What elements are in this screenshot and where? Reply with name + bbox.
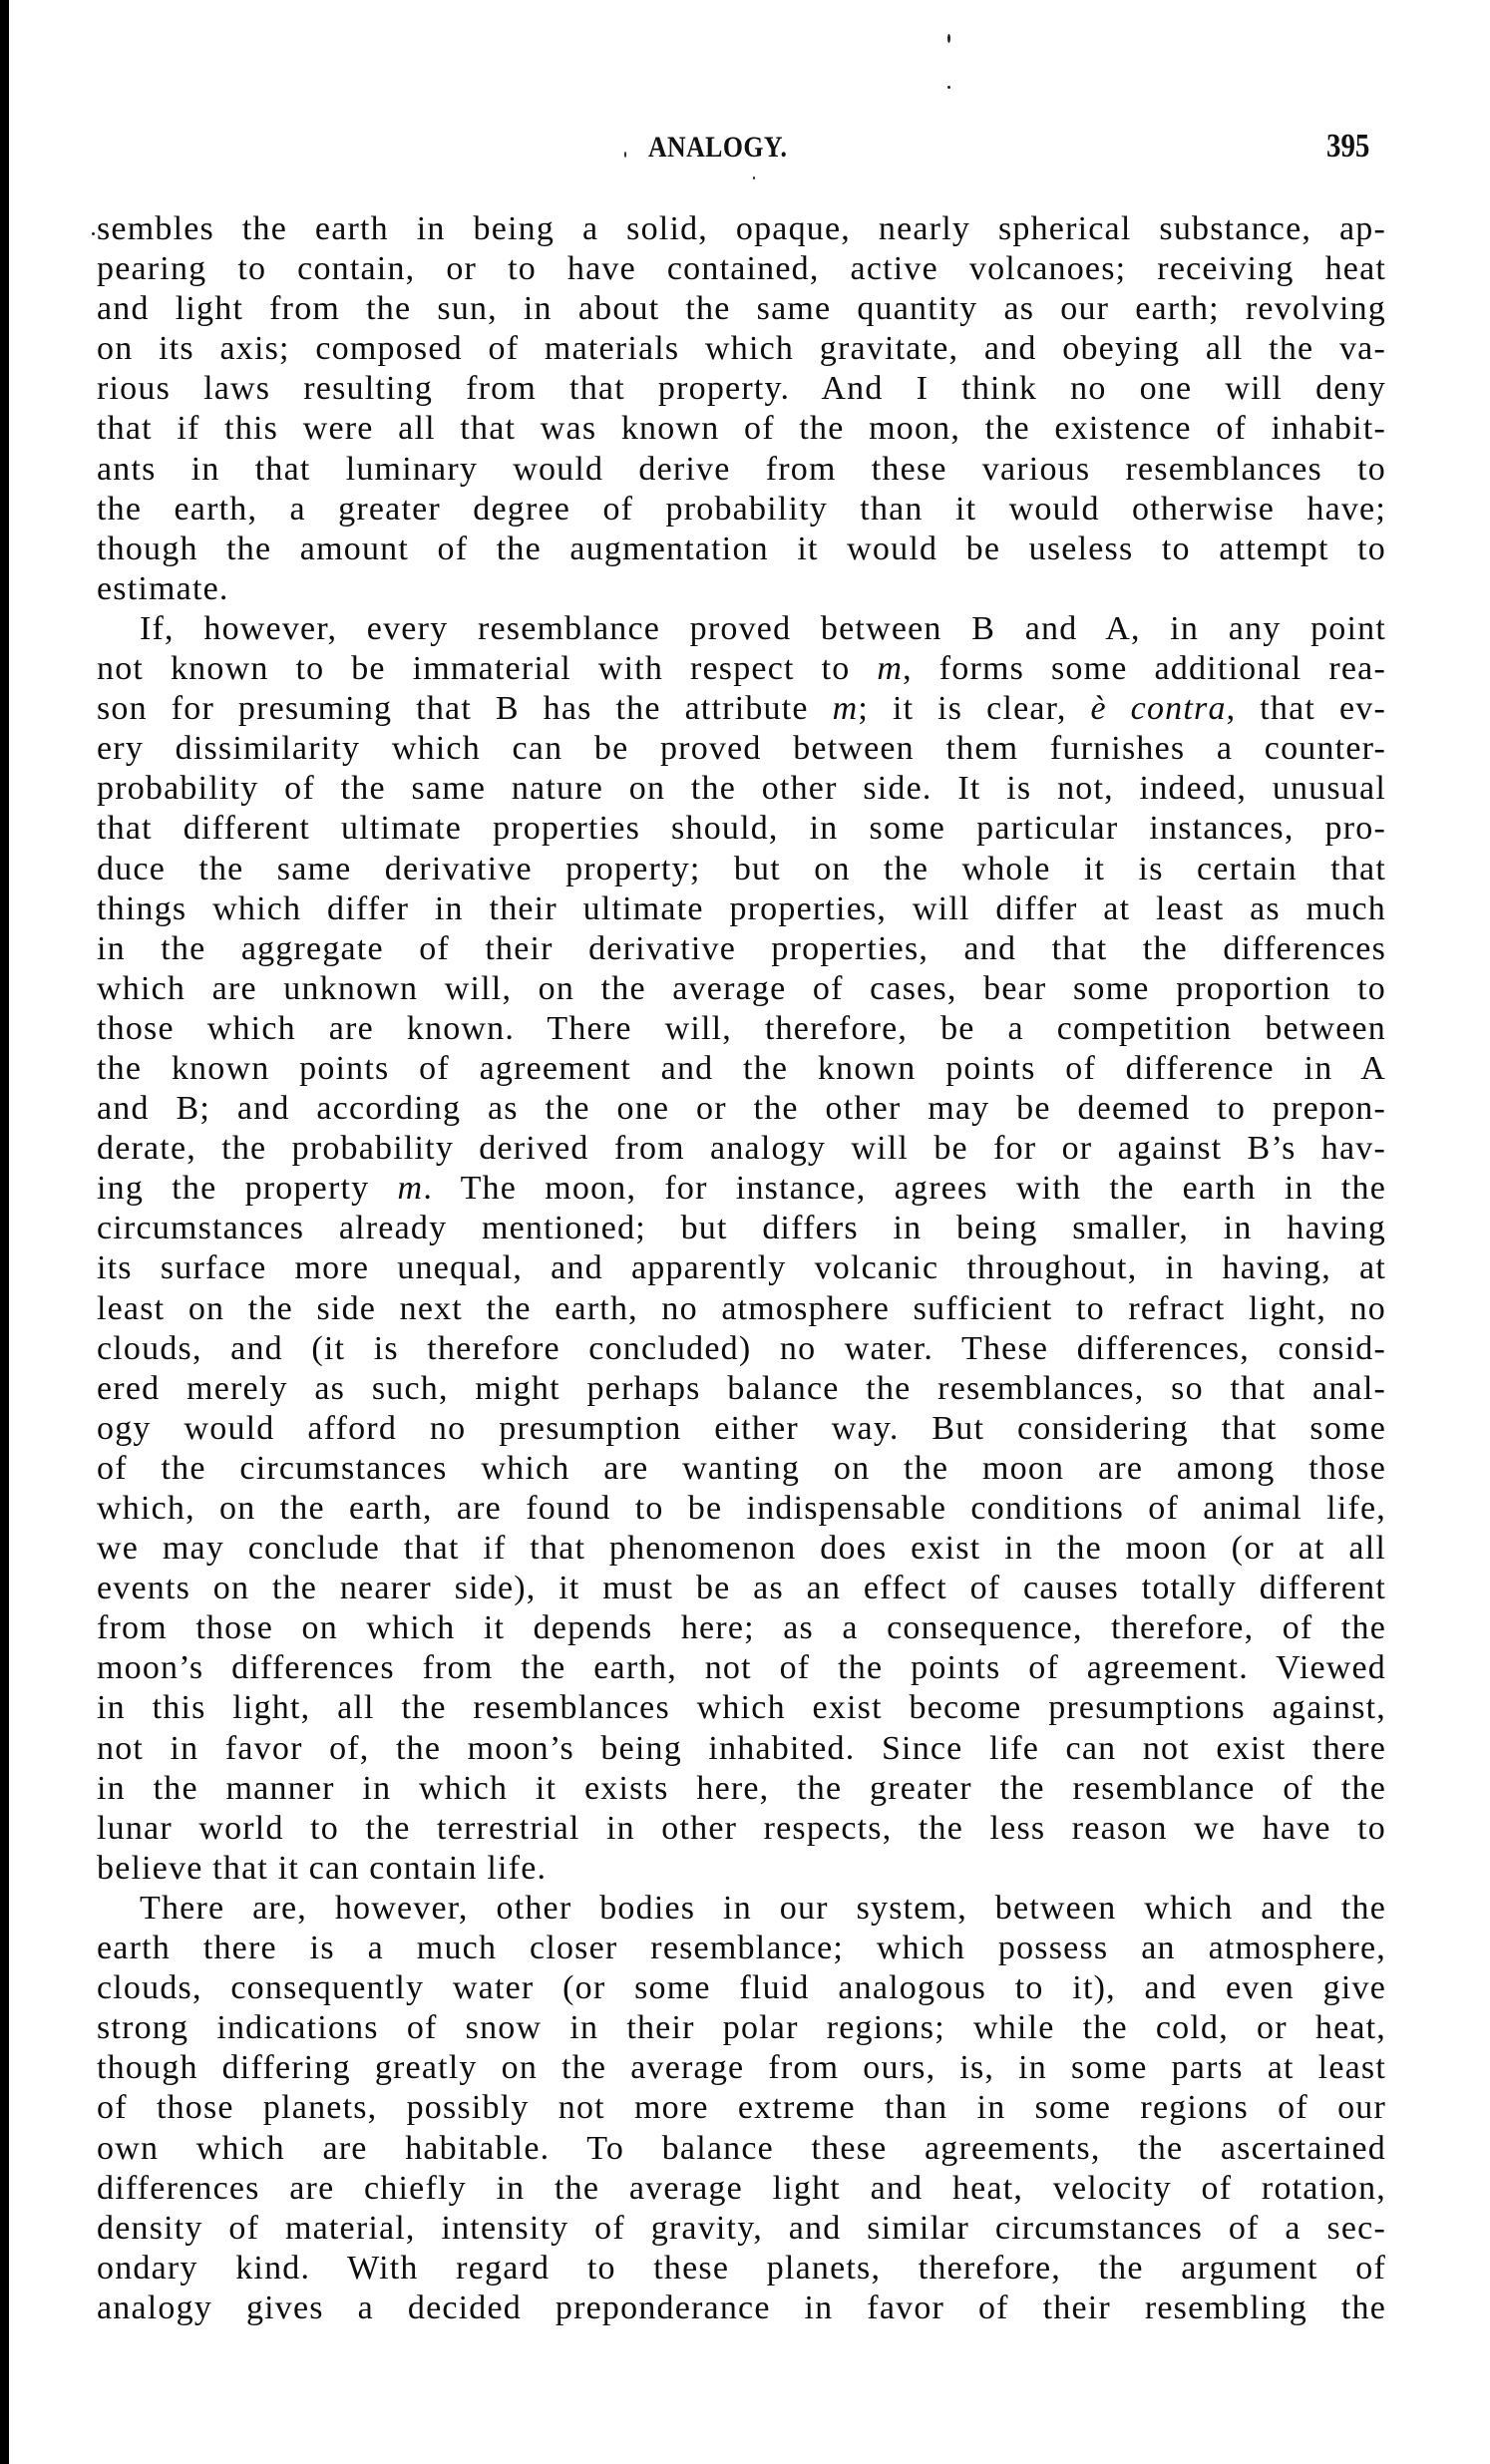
italic-text: m [398, 1170, 424, 1207]
text-run: , that ev- [1227, 690, 1386, 727]
body-text: sembles the earth in being a solid, opaq… [97, 209, 1386, 2328]
text-run: estimate. [97, 570, 229, 607]
paragraph: There are, however, other bodies in our … [97, 1889, 1386, 2328]
text-line: in the aggregate of their derivative pro… [97, 929, 1386, 969]
text-line: of the circumstances which are wanting o… [97, 1449, 1386, 1489]
text-run: rious laws resulting from that property.… [97, 370, 1386, 407]
text-run: on its axis; composed of materials which… [97, 330, 1386, 367]
scan-speck [947, 34, 950, 43]
text-run: density of material, intensity of gravit… [97, 2210, 1386, 2247]
text-run: ery dissimilarity which can be proved be… [97, 730, 1386, 767]
text-run: probability of the same nature on the ot… [97, 770, 1386, 807]
text-run: lunar world to the terrestrial in other … [97, 1810, 1386, 1847]
text-line: ogy would afford no presumption either w… [97, 1409, 1386, 1449]
text-run: that if this were all that was known of … [97, 410, 1386, 447]
text-line: which are unknown will, on the average o… [97, 969, 1386, 1009]
text-run: pearing to contain, or to have contained… [97, 250, 1386, 287]
text-line: There are, however, other bodies in our … [97, 1889, 1386, 1929]
text-run: which are unknown will, on the average o… [97, 970, 1386, 1007]
text-line: moon’s differences from the earth, not o… [97, 1648, 1386, 1688]
book-page: ANALOGY. 395 sembles the earth in being … [0, 0, 1490, 2464]
text-run: the known points of agreement and the kn… [97, 1050, 1386, 1087]
text-line: differences are chiefly in the average l… [97, 2169, 1386, 2209]
text-line: pearing to contain, or to have contained… [97, 249, 1386, 289]
text-line: of those planets, possibly not more extr… [97, 2088, 1386, 2128]
text-run: those which are known. There will, there… [97, 1010, 1386, 1047]
text-run: differences are chiefly in the average l… [97, 2170, 1386, 2207]
text-run: There are, however, other bodies in our … [140, 1890, 1386, 1927]
text-run: that different ultimate properties shoul… [97, 810, 1386, 847]
text-run: son for presuming that B has the attribu… [97, 690, 833, 727]
text-run: ogy would afford no presumption either w… [97, 1410, 1386, 1447]
text-run: derate, the probability derived from ana… [97, 1130, 1386, 1167]
text-run: duce the same derivative property; but o… [97, 851, 1386, 887]
text-run: from those on which it depends here; as … [97, 1609, 1386, 1646]
text-line: though differing greatly on the average … [97, 2048, 1386, 2088]
text-line: son for presuming that B has the attribu… [97, 689, 1386, 729]
scan-speck [624, 152, 626, 158]
text-run: earth there is a much closer resemblance… [97, 1930, 1386, 1966]
text-line: least on the side next the earth, no atm… [97, 1289, 1386, 1329]
text-line: strong indications of snow in their pola… [97, 2008, 1386, 2048]
text-line: density of material, intensity of gravit… [97, 2209, 1386, 2249]
text-line: from those on which it depends here; as … [97, 1608, 1386, 1648]
text-run: ing the property [97, 1170, 398, 1207]
text-run: . The moon, for instance, agrees with th… [423, 1170, 1386, 1207]
text-line: ondary kind. With regard to these planet… [97, 2249, 1386, 2288]
text-run: though differing greatly on the average … [97, 2049, 1386, 2086]
italic-text: m [877, 650, 903, 687]
text-line: ants in that luminary would derive from … [97, 450, 1386, 490]
text-line: that if this were all that was known of … [97, 409, 1386, 449]
text-line: clouds, consequently water (or some flui… [97, 1968, 1386, 2008]
text-line: in this light, all the resemblances whic… [97, 1688, 1386, 1728]
text-line: in the manner in which it exists here, t… [97, 1769, 1386, 1809]
text-line: probability of the same nature on the ot… [97, 769, 1386, 809]
text-line: sembles the earth in being a solid, opaq… [97, 209, 1386, 249]
page-number: 395 [1326, 128, 1369, 166]
text-run: things which differ in their ultimate pr… [97, 890, 1386, 927]
text-line: analogy gives a decided preponderance in… [97, 2288, 1386, 2328]
text-line: estimate. [97, 569, 1386, 609]
text-run: not known to be immaterial with respect … [97, 650, 877, 687]
italic-text: m [833, 690, 859, 727]
text-line: we may conclude that if that phenomenon … [97, 1529, 1386, 1569]
text-run: events on the nearer side), it must be a… [97, 1570, 1386, 1606]
text-line: earth there is a much closer resemblance… [97, 1929, 1386, 1968]
italic-text: è contra [1090, 690, 1226, 727]
text-run: in the aggregate of their derivative pro… [97, 930, 1386, 967]
scan-edge-border [0, 0, 9, 2464]
text-run: in the manner in which it exists here, t… [97, 1770, 1386, 1807]
text-run: and light from the sun, in about the sam… [97, 290, 1386, 327]
text-line: things which differ in their ultimate pr… [97, 889, 1386, 929]
text-run: ; it is clear, [858, 690, 1090, 727]
text-run: of those planets, possibly not more extr… [97, 2089, 1386, 2126]
text-line: the earth, a greater degree of probabili… [97, 490, 1386, 529]
text-line: ered merely as such, might perhaps balan… [97, 1369, 1386, 1409]
text-line: the known points of agreement and the kn… [97, 1049, 1386, 1089]
text-run: believe that it can contain life. [97, 1850, 547, 1887]
text-line: rious laws resulting from that property.… [97, 369, 1386, 409]
text-run: its surface more unequal, and apparently… [97, 1249, 1386, 1286]
text-run: we may conclude that if that phenomenon … [97, 1530, 1386, 1567]
text-run: not in favor of, the moon’s being inhabi… [97, 1730, 1386, 1767]
text-line: If, however, every resemblance proved be… [97, 609, 1386, 649]
text-run: least on the side next the earth, no atm… [97, 1290, 1386, 1327]
scan-speck [947, 86, 950, 89]
text-line: on its axis; composed of materials which… [97, 329, 1386, 369]
text-run: moon’s differences from the earth, not o… [97, 1649, 1386, 1686]
text-line: its surface more unequal, and apparently… [97, 1248, 1386, 1288]
text-run: strong indications of snow in their pola… [97, 2009, 1386, 2046]
running-head-title: ANALOGY. [648, 131, 787, 165]
text-run: clouds, consequently water (or some flui… [97, 1969, 1386, 2006]
text-line: not known to be immaterial with respect … [97, 649, 1386, 689]
text-line: those which are known. There will, there… [97, 1009, 1386, 1049]
text-line: though the amount of the augmentation it… [97, 529, 1386, 569]
text-run: sembles the earth in being a solid, opaq… [97, 210, 1386, 247]
text-line: derate, the probability derived from ana… [97, 1129, 1386, 1169]
text-line: and light from the sun, in about the sam… [97, 289, 1386, 329]
text-line: which, on the earth, are found to be ind… [97, 1489, 1386, 1529]
text-line: that different ultimate properties shoul… [97, 809, 1386, 849]
text-line: ing the property m. The moon, for instan… [97, 1169, 1386, 1209]
text-run: circumstances already mentioned; but dif… [97, 1210, 1386, 1246]
text-run: which, on the earth, are found to be ind… [97, 1490, 1386, 1527]
scan-speck [753, 176, 755, 179]
text-line: not in favor of, the moon’s being inhabi… [97, 1729, 1386, 1769]
text-run: in this light, all the resemblances whic… [97, 1689, 1386, 1726]
text-line: own which are habitable. To balance thes… [97, 2129, 1386, 2169]
text-line: and B; and according as the one or the o… [97, 1089, 1386, 1129]
text-run: ondary kind. With regard to these planet… [97, 2250, 1386, 2287]
text-run: of the circumstances which are wanting o… [97, 1450, 1386, 1487]
scan-speck [92, 232, 95, 235]
text-line: lunar world to the terrestrial in other … [97, 1809, 1386, 1849]
text-run: clouds, and (it is therefore concluded) … [97, 1330, 1386, 1367]
text-line: clouds, and (it is therefore concluded) … [97, 1329, 1386, 1369]
paragraph: If, however, every resemblance proved be… [97, 609, 1386, 1889]
text-run: , forms some additional rea- [903, 650, 1386, 687]
text-line: believe that it can contain life. [97, 1849, 1386, 1889]
text-run: ered merely as such, might perhaps balan… [97, 1370, 1386, 1407]
text-run: If, however, every resemblance proved be… [140, 610, 1386, 647]
text-line: ery dissimilarity which can be proved be… [97, 729, 1386, 769]
text-line: events on the nearer side), it must be a… [97, 1569, 1386, 1608]
paragraph: sembles the earth in being a solid, opaq… [97, 209, 1386, 609]
text-run: analogy gives a decided preponderance in… [97, 2289, 1386, 2326]
text-run: and B; and according as the one or the o… [97, 1090, 1386, 1127]
text-line: duce the same derivative property; but o… [97, 850, 1386, 889]
text-run: ants in that luminary would derive from … [97, 451, 1386, 488]
text-run: the earth, a greater degree of probabili… [97, 491, 1386, 528]
text-run: though the amount of the augmentation it… [97, 530, 1386, 567]
text-line: circumstances already mentioned; but dif… [97, 1209, 1386, 1248]
text-run: own which are habitable. To balance thes… [97, 2130, 1386, 2167]
